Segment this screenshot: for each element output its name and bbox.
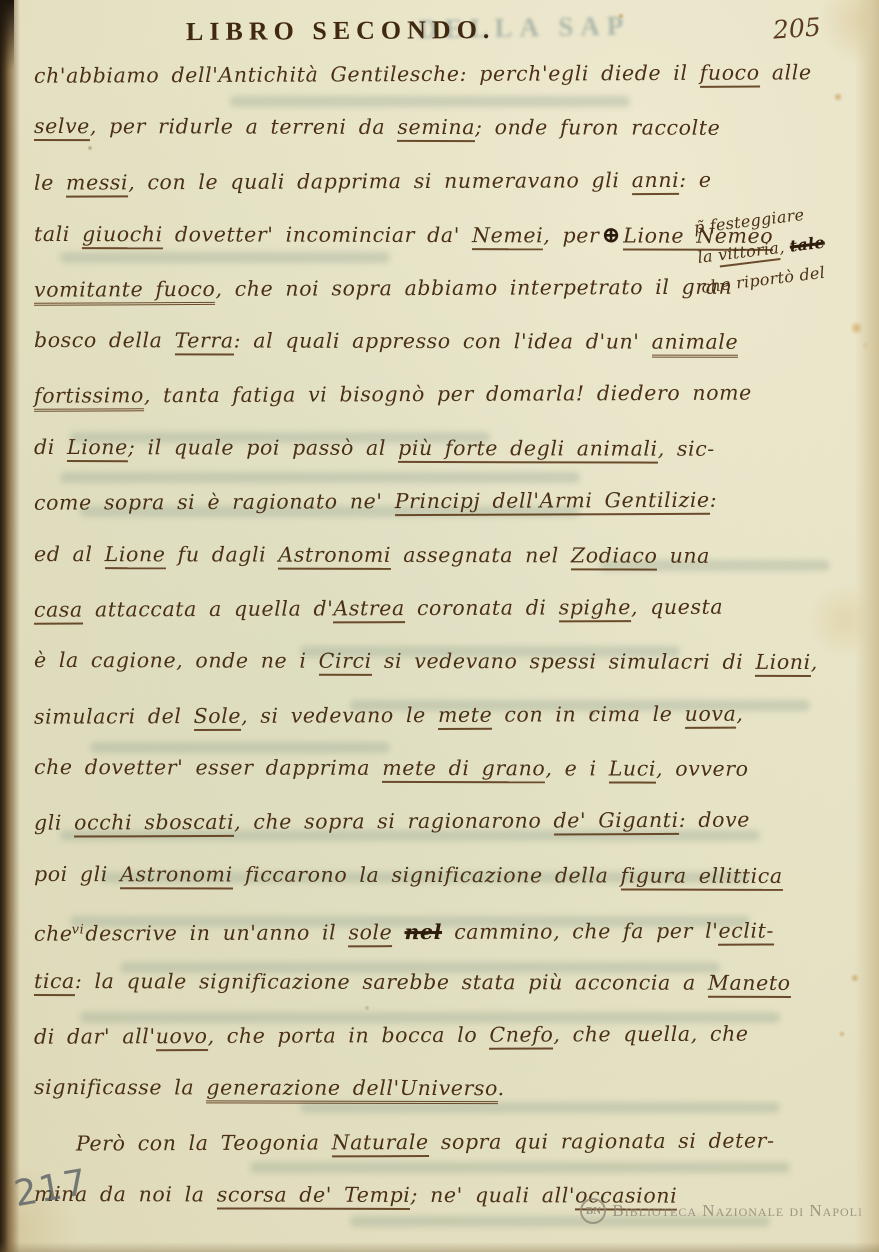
text-segment: , che porta in bocca lo xyxy=(207,1023,489,1048)
text-segment: di xyxy=(34,435,67,459)
text-segment: Lione xyxy=(67,435,128,462)
manuscript-line: poi gli Astronomi ficcarono la significa… xyxy=(34,848,824,903)
text-segment: ch'abbiamo dell'Antichità Gentilesche: p… xyxy=(34,61,700,88)
binding-edge-corner xyxy=(0,0,14,70)
text-segment: Naturale xyxy=(332,1130,429,1157)
text-segment: coronata di xyxy=(405,595,559,620)
text-segment: la xyxy=(696,246,719,267)
text-segment: cammino, che fa per l' xyxy=(442,919,719,944)
text-segment: anni xyxy=(632,168,680,195)
manuscript-line: come sopra si è ragionato ne' Principj d… xyxy=(34,473,824,530)
text-segment: bosco della xyxy=(34,328,175,352)
text-segment: , sic- xyxy=(658,436,715,460)
manuscript-line: è la cagione, onde ne i Circi si vedevan… xyxy=(34,634,824,689)
text-segment: generazione dell'Universo xyxy=(206,1076,497,1105)
text-segment: una xyxy=(657,543,710,567)
library-monogram-icon: BN xyxy=(580,1198,606,1224)
page-edge-bottom xyxy=(0,1242,879,1252)
text-segment: , xyxy=(736,701,743,725)
text-segment: poi gli xyxy=(34,862,120,886)
text-segment: , che sopra si ragionarono xyxy=(234,809,553,834)
manuscript-line: che dovetter' esser dapprima mete di gra… xyxy=(34,741,824,796)
text-segment: uova xyxy=(685,701,737,728)
text-segment: vi xyxy=(72,923,85,938)
text-segment: : al quali appresso con l'idea d'un' xyxy=(234,328,652,353)
text-segment: Astronomi xyxy=(278,542,391,569)
library-stamp: BN Biblioteca Nazionale di Napoli xyxy=(580,1198,863,1224)
manuscript-line: Però con la Teogonia Naturale sopra qui … xyxy=(34,1114,824,1171)
text-segment: sole xyxy=(348,920,392,947)
text-segment: , che noi sopra abbiamo interpetrato il … xyxy=(215,274,732,300)
text-segment: messi xyxy=(66,170,128,197)
text-segment: ; il quale poi passò al xyxy=(128,435,398,460)
text-segment: assegnata nel xyxy=(391,542,571,566)
text-segment: Cnefo xyxy=(489,1022,553,1049)
text-segment: con in cima le xyxy=(492,702,684,727)
manuscript-line: bosco della Terra: al quali appresso con… xyxy=(34,314,824,369)
text-segment: . xyxy=(498,1077,505,1101)
text-segment: Sole xyxy=(194,704,242,731)
text-segment: sopra qui ragionata si deter- xyxy=(429,1128,775,1154)
text-segment: mete di grano xyxy=(382,756,545,783)
text-segment: uovo xyxy=(156,1024,208,1051)
manuscript-line: selve, per ridurle a terreni da semina; … xyxy=(34,100,824,155)
text-segment: , che quella, che xyxy=(553,1022,748,1047)
text-segment: attaccata a quella d' xyxy=(83,596,334,621)
text-segment: : xyxy=(710,488,718,512)
text-segment: Zodiaco xyxy=(571,543,658,570)
text-segment: di dar' all' xyxy=(34,1024,156,1049)
text-segment: giuochi xyxy=(82,222,163,249)
text-segment: , si vedevano le xyxy=(241,703,438,728)
text-segment: , e i xyxy=(545,756,608,780)
text-segment: scorsa de' Tempi xyxy=(217,1183,411,1211)
text-segment: Lioni xyxy=(755,650,810,677)
text-segment: Circi xyxy=(319,649,372,676)
text-segment: simulacri del xyxy=(34,704,194,729)
text-segment: dovetter' incominciar da' xyxy=(163,222,472,247)
text-segment: : e xyxy=(679,168,711,192)
manuscript-line: di dar' all'uovo, che porta in bocca lo … xyxy=(34,1007,824,1064)
text-segment: occhi sboscati xyxy=(74,810,234,838)
manuscript-line: ch'abbiamo dell'Antichità Gentilesche: p… xyxy=(34,46,824,103)
text-segment: , tanta fatiga vi bisognò per domarla! d… xyxy=(144,381,752,408)
text-segment: , ovvero xyxy=(656,757,749,781)
page-edge-right xyxy=(855,0,879,1252)
text-segment: nel xyxy=(404,920,442,944)
manuscript-line: gli occhi sboscati, che sopra si ragiona… xyxy=(34,794,824,851)
text-segment: significasse la xyxy=(34,1075,206,1099)
text-segment: ; onde furon raccolte xyxy=(475,116,720,141)
text-segment: , questa xyxy=(631,595,723,619)
text-segment: eclit- xyxy=(718,919,774,946)
text-segment: , con le quali dapprima si numeravano gl… xyxy=(128,168,632,194)
text-segment: : la quale significazione sarebbe stata … xyxy=(75,969,708,995)
manuscript-line: chevidescrive in un'anno il sole nel cam… xyxy=(34,901,824,958)
text-segment: Astrea xyxy=(333,596,404,623)
text-segment: figura ellittica xyxy=(621,863,783,890)
text-segment: tica xyxy=(34,969,75,996)
text-segment: descrive in un'anno il xyxy=(85,921,348,946)
text-segment: è la cagione, onde ne i xyxy=(34,648,319,673)
binding-edge xyxy=(0,0,20,1252)
text-segment: ed al xyxy=(34,541,105,565)
text-segment: Principj dell'Armi Gentilizie xyxy=(395,488,710,516)
page-number: 205 xyxy=(772,12,822,44)
text-segment: animale xyxy=(652,330,739,358)
manuscript-page: DELLA SAP LIBRO SECONDO. 205 ch'abbiamo … xyxy=(0,0,879,1252)
text-segment: alle xyxy=(760,60,812,84)
text-segment: Lione xyxy=(105,542,166,569)
text-segment: Nemei xyxy=(472,223,543,250)
manuscript-line: di Lione; il quale poi passò al più fort… xyxy=(34,421,824,476)
insertion-mark: ⊕ xyxy=(601,222,621,249)
manuscript-line: simulacri del Sole, si vedevano le mete … xyxy=(34,687,824,744)
text-segment: le xyxy=(34,170,66,194)
text-segment: , per xyxy=(543,223,599,247)
text-segment: tali xyxy=(34,222,82,246)
text-segment: semina xyxy=(397,115,475,142)
text-segment: selve xyxy=(34,114,90,141)
text-segment: tale xyxy=(789,233,826,256)
text-segment: che dovetter' esser dapprima xyxy=(34,755,382,780)
text-segment: ; ne' quali all' xyxy=(410,1183,575,1207)
text-segment: : dove xyxy=(679,808,750,832)
text-segment: Terra xyxy=(175,328,234,355)
manuscript-line: significasse la generazione dell'Univers… xyxy=(34,1061,824,1116)
text-segment: si vedevano spessi simulacri di xyxy=(372,649,756,674)
text-segment: Astronomi xyxy=(120,862,233,889)
text-segment: vomitante fuoco xyxy=(34,276,216,305)
text-segment: come sopra si è ragionato ne' xyxy=(34,489,395,515)
manuscript-line: tica: la quale significazione sarebbe st… xyxy=(34,955,824,1010)
text-segment: gli xyxy=(34,811,74,835)
text-segment: de' Giganti xyxy=(553,808,678,836)
text-segment: Maneto xyxy=(708,970,791,997)
text-segment: Però con la Teogonia xyxy=(76,1130,332,1155)
text-segment: Luci xyxy=(609,757,656,784)
manuscript-line: fortissimo, tanta fatiga vi bisognò per … xyxy=(34,367,824,424)
manuscript-line: le messi, con le quali dapprima si numer… xyxy=(34,153,824,210)
text-segment: , per ridurle a terreni da xyxy=(90,115,398,140)
text-segment: spighe xyxy=(559,595,631,622)
text-segment: casa xyxy=(34,597,83,624)
page-title: LIBRO SECONDO. xyxy=(186,15,496,47)
text-segment: fuoco xyxy=(700,61,760,88)
text-segment: mete xyxy=(438,702,492,729)
text-segment: fortissimo xyxy=(34,384,144,412)
text-segment: che xyxy=(34,922,73,946)
text-segment: , xyxy=(811,650,818,674)
text-segment: fu dagli xyxy=(166,542,279,566)
text-segment: più forte degli animali xyxy=(398,436,658,464)
text-segment xyxy=(392,920,404,944)
manuscript-line: ed al Lione fu dagli Astronomi assegnata… xyxy=(34,527,824,582)
library-stamp-label: Biblioteca Nazionale di Napoli xyxy=(612,1201,863,1221)
manuscript-line: casa attaccata a quella d'Astrea coronat… xyxy=(34,580,824,637)
text-segment: ficcarono la significazione della xyxy=(233,862,621,887)
